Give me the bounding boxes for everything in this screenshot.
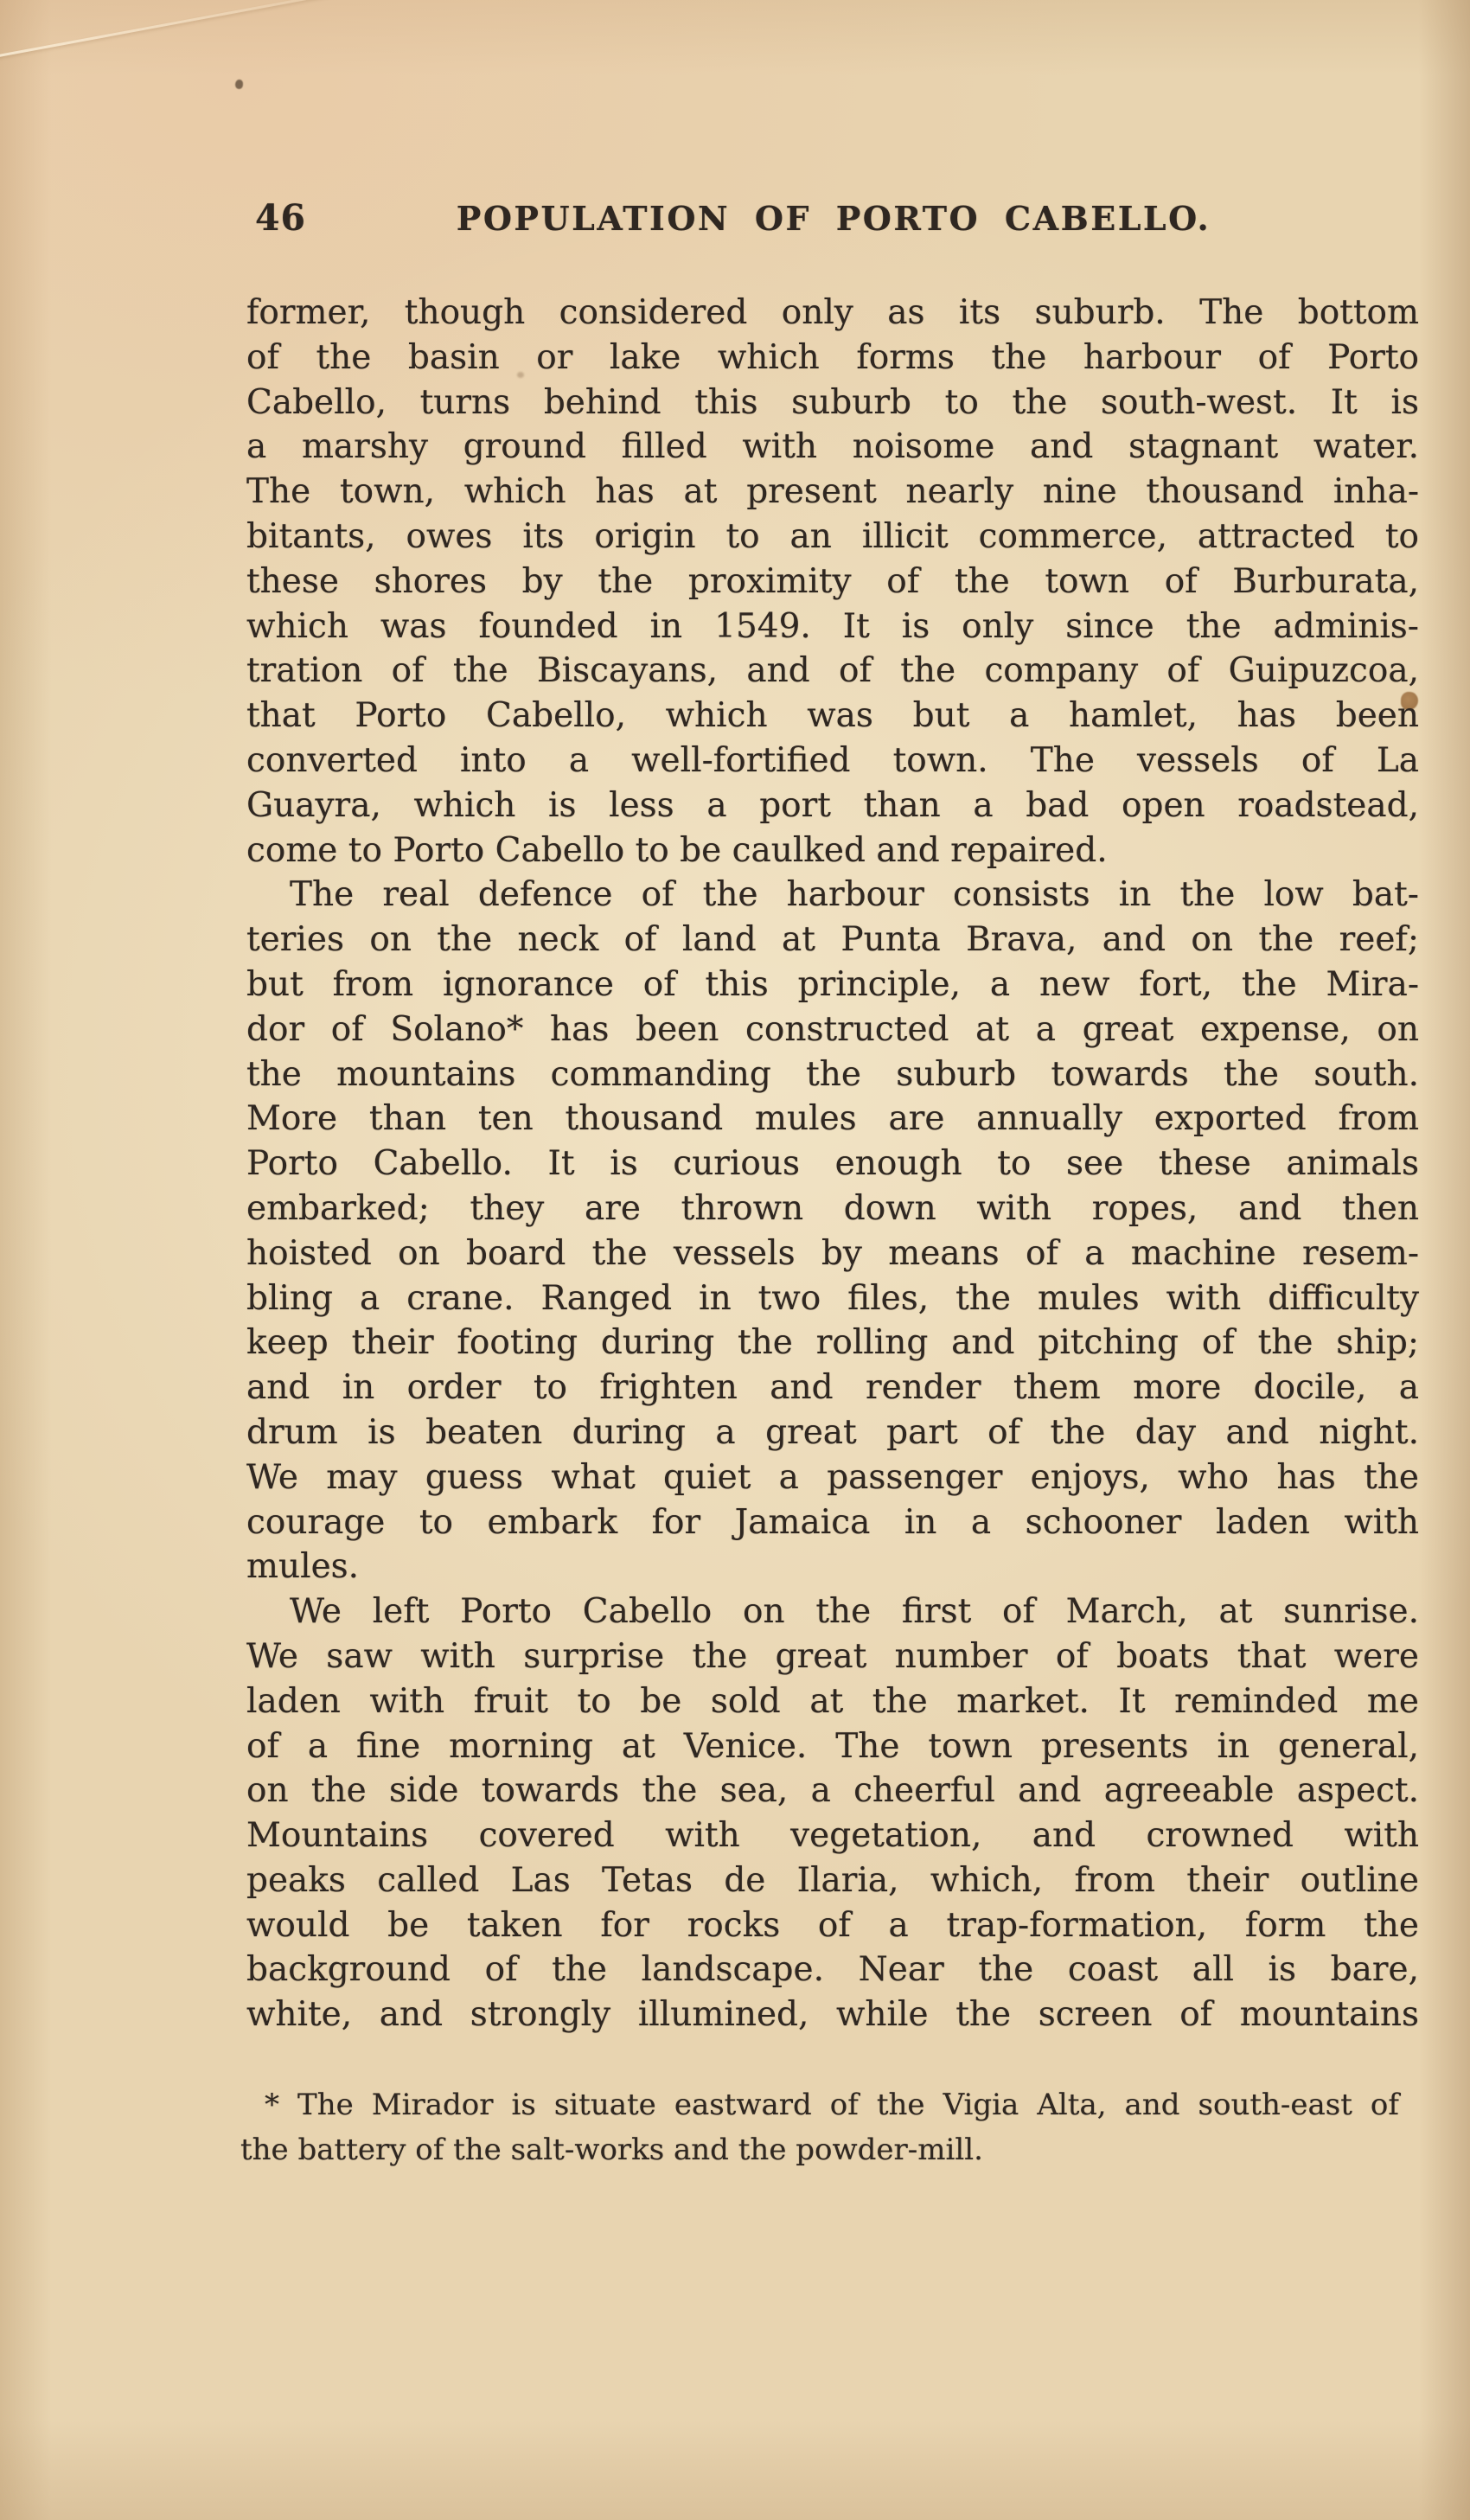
- body-line: a marshy ground filled with noisome and …: [246, 425, 1419, 470]
- body-line: Guayra, which is less a port than a bad …: [246, 784, 1419, 828]
- body-line: of a fine morning at Venice. The town pr…: [246, 1724, 1419, 1769]
- body-line: on the side towards the sea, a cheerful …: [246, 1768, 1419, 1813]
- body-line: and in order to frighten and render them…: [246, 1366, 1419, 1410]
- body-line: former, though considered only as its su…: [246, 291, 1419, 336]
- body-line: converted into a well-fortified town. Th…: [246, 739, 1419, 784]
- body-line: that Porto Cabello, which was but a haml…: [246, 694, 1419, 739]
- body-line: white, and strongly illumined, while the…: [246, 1992, 1419, 2037]
- body-line: The town, which has at present nearly ni…: [246, 470, 1419, 515]
- body-line: bitants, owes its origin to an illicit c…: [246, 515, 1419, 560]
- body-line: but from ignorance of this principle, a …: [246, 963, 1419, 1007]
- body-line: the mountains commanding the suburb towa…: [246, 1052, 1419, 1097]
- footnote-line: * The Mirador is situate eastward of the…: [240, 2082, 1399, 2127]
- body-line: would be taken for rocks of a trap-forma…: [246, 1903, 1419, 1948]
- body-text: former, though considered only as its su…: [246, 291, 1419, 2037]
- ink-speck: [235, 80, 243, 89]
- body-line: The real defence of the harbour consists…: [246, 873, 1419, 918]
- body-line: peaks called Las Tetas de Ilaria, which,…: [246, 1858, 1419, 1903]
- body-line: tration of the Biscayans, and of the com…: [246, 649, 1419, 694]
- body-line: teries on the neck of land at Punta Brav…: [246, 918, 1419, 963]
- body-line: We left Porto Cabello on the first of Ma…: [246, 1589, 1419, 1634]
- page-scan: 46 POPULATION OF PORTO CABELLO. former, …: [0, 0, 1470, 2520]
- paper-crease: [0, 0, 401, 60]
- body-line: courage to embark for Jamaica in a schoo…: [246, 1500, 1419, 1545]
- body-line: come to Porto Cabello to be caulked and …: [246, 828, 1419, 873]
- body-line: We saw with surprise the great number of…: [246, 1634, 1419, 1679]
- body-line: Cabello, turns behind this suburb to the…: [246, 381, 1419, 425]
- body-line: hoisted on board the vessels by means of…: [246, 1231, 1419, 1276]
- body-line: background of the landscape. Near the co…: [246, 1948, 1419, 1992]
- body-line: We may guess what quiet a passenger enjo…: [246, 1455, 1419, 1500]
- running-header-title: POPULATION OF PORTO CABELLO.: [246, 199, 1421, 238]
- body-line: embarked; they are thrown down with rope…: [246, 1186, 1419, 1231]
- page-header: 46 POPULATION OF PORTO CABELLO.: [246, 197, 1421, 242]
- footnote-line: the battery of the salt-works and the po…: [240, 2127, 1399, 2172]
- footnote: * The Mirador is situate eastward of the…: [240, 2082, 1399, 2172]
- body-line: bling a crane. Ranged in two files, the …: [246, 1276, 1419, 1321]
- body-line: dor of Solano* has been constructed at a…: [246, 1007, 1419, 1052]
- body-line: laden with fruit to be sold at the marke…: [246, 1679, 1419, 1724]
- body-line: these shores by the proximity of the tow…: [246, 560, 1419, 604]
- body-line: keep their footing during the rolling an…: [246, 1321, 1419, 1366]
- body-line: of the basin or lake which forms the har…: [246, 336, 1419, 381]
- body-line: Porto Cabello. It is curious enough to s…: [246, 1142, 1419, 1186]
- body-line: drum is beaten during a great part of th…: [246, 1410, 1419, 1455]
- body-line: mules.: [246, 1545, 1419, 1589]
- body-line: which was founded in 1549. It is only si…: [246, 604, 1419, 649]
- body-line: More than ten thousand mules are annuall…: [246, 1097, 1419, 1142]
- body-line: Mountains covered with vegetation, and c…: [246, 1813, 1419, 1858]
